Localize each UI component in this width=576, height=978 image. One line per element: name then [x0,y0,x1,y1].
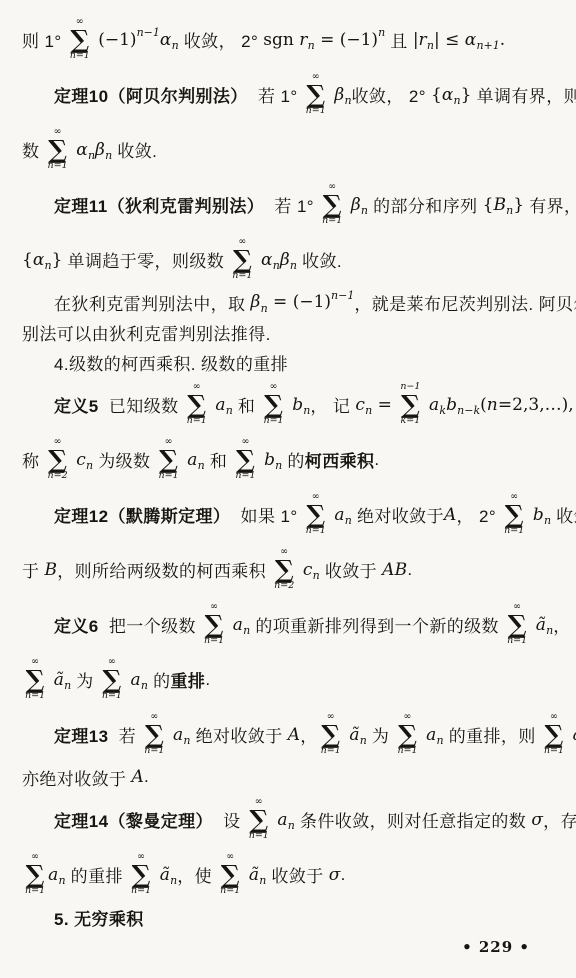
math-variable: a [272,810,288,830]
math-variable: c [355,395,365,415]
subscript: n [303,404,310,417]
document-page: 则 1° ∞∑n=1 (−1)n−1αn 收敛， 2° sgn rn = (−1… [0,0,576,966]
math-variable: b [287,395,304,415]
sum-lower-limit: n=1 [544,746,564,756]
sigma-glyph: ∑ [264,393,283,417]
text-line: 定义5 已知级数 ∞∑n=1 an 和 ∞∑n=1 bn， 记 cn = n−1… [22,377,560,432]
body-text: 为 [367,722,395,747]
sigma-glyph: ∑ [401,393,420,417]
subscript: n [544,514,551,527]
math-variable: σ [531,810,543,830]
body-text: 收敛 [551,502,576,527]
subscript: n [259,874,266,887]
math-variable: A [132,767,144,787]
body-text: 收敛. [297,247,342,272]
sum-lower-limit: n=1 [220,886,240,896]
sigma-glyph: ∑ [306,83,325,107]
text-line: 定理11（狄利克雷判别法） 若 1° ∞∑n=1 βn 的部分和序列 {Bn} … [22,177,560,232]
summation-symbol: ∞∑n=1 [48,127,68,172]
math-text: { [483,195,494,215]
subscript: n [290,259,297,272]
sigma-glyph: ∑ [221,863,240,887]
body-text: 若 1° [264,192,319,217]
summation-symbol: n−1∑k=1 [400,382,420,427]
subscript: n [226,404,233,417]
math-variable: r [419,30,427,50]
summation-symbol: ∞∑n=1 [102,657,122,702]
subscript: n [58,874,65,887]
math-variable: α [255,250,272,270]
summation-symbol: ∞∑n=1 [25,657,45,702]
subscript: n [344,94,351,107]
body-text: 的部分和序列 [368,192,483,217]
sum-lower-limit: n=1 [504,526,524,536]
math-variable: ã [530,615,546,635]
bold-text: 定理12（默腾斯定理） [54,502,230,527]
math-variable: b [527,505,544,525]
body-text: ， 称 [553,612,576,637]
summation-symbol: ∞∑n=1 [504,492,524,537]
body-text: 收敛， 2° [352,82,432,107]
math-variable: a [227,615,243,635]
math-text: { [22,250,33,270]
math-variable: c [71,450,86,470]
sigma-glyph: ∑ [48,448,67,472]
math-variable: α [442,85,454,105]
text-line: {αn} 单调趋于零，则级数 ∞∑n=1 αnβn 收敛. [22,232,560,287]
math-text: | ≤ [434,30,465,50]
bold-text: 定理10（阿贝尔判别法） [54,82,248,107]
text-line: 定理14（黎曼定理） 设 ∞∑n=1 an 条件收敛，则对任意指定的数 σ，存在 [22,792,560,847]
bold-text: 5. 无穷乘积 [54,905,144,930]
body-text: . [341,865,346,885]
summation-symbol: ∞∑n=1 [25,852,45,897]
math-variable: c [297,560,312,580]
subscript: n [261,302,268,315]
sigma-glyph: ∑ [26,668,45,692]
body-text: 和 [205,447,233,472]
body-text: 如果 1° [230,502,302,527]
subscript: n [275,459,282,472]
math-variable: B [45,560,58,580]
sigma-glyph: ∑ [205,613,224,637]
text-line: 亦绝对收敛于 A. [22,762,560,792]
math-variable: a [167,725,183,745]
body-text: 设 [213,807,246,832]
sigma-glyph: ∑ [323,193,342,217]
math-text: { [431,85,442,105]
body-text: ， 2° [456,502,501,527]
body-text: 则 1° [22,27,67,52]
subscript: n [454,94,461,107]
body-text: 于 [22,557,45,582]
sigma-glyph: ∑ [48,138,67,162]
math-variable: a [125,670,141,690]
body-text: 为 [71,667,99,692]
math-text: . [500,30,505,50]
subscript: n [170,874,177,887]
body-text: 亦绝对收敛于 [22,765,132,790]
body-text: 和 [233,392,261,417]
body-text: 在狄利克雷判别法中，取 [54,290,251,315]
body-text: ，就是莱布尼茨判别法. 阿贝尔判 [354,290,576,315]
sum-lower-limit: n=2 [48,471,68,481]
math-text: } [513,195,524,215]
math-variable: ã [344,725,360,745]
body-text: ， 记 [310,392,355,417]
text-line: 则 1° ∞∑n=1 (−1)n−1αn 收敛， 2° sgn rn = (−1… [22,12,560,67]
text-line: 定理10（阿贝尔判别法） 若 1° ∞∑n=1 βn收敛， 2° {αn} 单调… [22,67,560,122]
subscript: n [288,819,295,832]
math-variable: β [280,250,290,270]
summation-symbol: ∞∑n=1 [70,17,90,62]
math-variable: b [446,395,457,415]
body-text: 单调趋于零，则级数 [62,247,229,272]
sigma-glyph: ∑ [236,448,255,472]
summation-symbol: ∞∑n=1 [159,437,179,482]
bold-text: 定义6 [54,612,99,637]
summation-symbol: ∞∑n=1 [322,182,342,227]
sigma-glyph: ∑ [545,723,564,747]
sigma-glyph: ∑ [275,558,294,582]
summation-symbol: ∞∑n=1 [144,712,164,757]
summation-symbol: ∞∑n=1 [232,237,252,282]
subscript: n [86,459,93,472]
math-text: ( [480,395,487,415]
sum-lower-limit: n=1 [232,271,252,281]
subscript: n [546,624,553,637]
sum-lower-limit: n=1 [204,636,224,646]
body-text: 的重排 [66,862,128,887]
subscript: n [361,204,368,217]
summation-symbol: ∞∑n=1 [187,382,207,427]
body-text: 的重排，则 [444,722,541,747]
sum-lower-limit: n=2 [274,581,294,591]
body-text: 收敛于 [266,862,328,887]
math-variable: a [210,395,226,415]
sum-lower-limit: n=1 [263,416,283,426]
sigma-glyph: ∑ [249,808,268,832]
sum-lower-limit: n=1 [70,51,90,61]
math-variable: β [95,140,105,160]
sum-lower-limit: n=1 [48,161,68,171]
math-variable: α [33,250,45,270]
sum-lower-limit: n=1 [159,471,179,481]
math-variable: A [288,725,300,745]
math-variable: α [71,140,88,160]
summation-symbol: ∞∑n=1 [249,797,269,842]
math-variable: a [423,395,439,415]
math-text: = (−1) [315,30,378,50]
math-variable: σ [329,865,341,885]
math-variable: n [487,395,498,415]
subscript: n [105,149,112,162]
math-variable: ã [48,670,64,690]
subscript: n [172,39,179,52]
summation-symbol: ∞∑n=1 [235,437,255,482]
sigma-glyph: ∑ [187,393,206,417]
body-text: 称 [22,447,45,472]
summation-symbol: ∞∑n=2 [274,547,294,592]
math-text: (−1) [93,30,137,50]
summation-symbol: ∞∑n=1 [306,492,326,537]
text-line: 称 ∞∑n=2 cn 为级数 ∞∑n=1 an 和 ∞∑n=1 bn 的柯西乘积… [22,432,560,487]
math-variable: a [421,725,437,745]
body-text: ，存在 [543,807,576,832]
sum-lower-limit: n=1 [102,691,122,701]
body-text: . [144,767,149,787]
summation-symbol: ∞∑n=1 [204,602,224,647]
text-line: 定理12（默腾斯定理） 如果 1° ∞∑n=1 an 绝对收敛于A， 2° ∞∑… [22,487,560,542]
summation-symbol: ∞∑n=2 [48,437,68,482]
body-text: 绝对收敛于 [352,502,444,527]
summation-symbol: ∞∑n=1 [220,852,240,897]
sigma-glyph: ∑ [132,863,151,887]
bold-text: 定义5 [54,392,99,417]
subscript: n [273,259,280,272]
math-variable: β [345,195,361,215]
body-text: 有界， 2° [524,192,576,217]
sum-lower-limit: n=1 [25,886,45,896]
math-variable: ã [567,725,576,745]
page-number: • 229 • [22,934,560,966]
subscript: n [345,514,352,527]
subscript: n [437,734,444,747]
sum-lower-limit: n=1 [131,886,151,896]
subscript: n [64,679,71,692]
sum-lower-limit: n=1 [507,636,527,646]
text-line: 定理13 若 ∞∑n=1 an 绝对收敛于 A，∞∑n=1 ãn 为 ∞∑n=1… [22,707,560,762]
bold-text: 柯西乘积 [305,447,375,472]
sum-lower-limit: n=1 [321,746,341,756]
sigma-glyph: ∑ [26,863,45,887]
sigma-glyph: ∑ [321,723,340,747]
math-variable: a [48,865,58,885]
summation-symbol: ∞∑n=1 [397,712,417,757]
sum-lower-limit: n=1 [144,746,164,756]
bold-text: 定理13 [54,722,109,747]
subscript: n [360,734,367,747]
math-variable: ã [154,865,170,885]
body-text: ，则所给两级数的柯西乘积 [57,557,271,582]
sigma-glyph: ∑ [306,503,325,527]
math-text: sgn [263,30,299,50]
body-text: 的 [148,667,171,692]
math-variable: b [258,450,275,470]
body-text: . [374,450,379,470]
sigma-glyph: ∑ [398,723,417,747]
math-text: } [52,250,63,270]
sum-lower-limit: n=1 [249,831,269,841]
text-line: 5. 无穷乘积 [22,902,560,932]
sum-lower-limit: k=1 [400,416,420,426]
math-text: =2,3,…), [498,395,574,415]
sum-lower-limit: n=1 [322,216,342,226]
body-text: 收敛， 2° [179,27,264,52]
sigma-glyph: ∑ [505,503,524,527]
body-text: 收敛. [112,137,157,162]
math-variable: B [493,195,506,215]
subscript: n−k [457,404,480,417]
body-text: 为级数 [93,447,155,472]
body-text: 且 [385,27,413,52]
subscript: n [183,734,190,747]
body-text: ，使 [177,862,217,887]
math-variable: a [182,450,198,470]
body-text: 已知级数 [99,392,184,417]
body-text: 的 [282,447,305,472]
math-text: = (−1) [268,292,331,312]
summation-symbol: ∞∑n=1 [131,852,151,897]
superscript: n [378,26,385,39]
subscript: n [506,204,513,217]
page-body: 则 1° ∞∑n=1 (−1)n−1αn 收敛， 2° sgn rn = (−1… [22,12,560,934]
math-variable: A [444,505,456,525]
bold-text: 重排 [171,667,206,692]
subscript: n [308,39,315,52]
math-variable: AB [382,560,407,580]
text-line: 于 B，则所给两级数的柯西乘积 ∞∑n=2 cn 收敛于 AB. [22,542,560,597]
summation-symbol: ∞∑n=1 [507,602,527,647]
math-variable: ã [243,865,259,885]
body-text: 收敛于 [320,557,382,582]
body-text: 若 1° [248,82,303,107]
body-text: 条件收敛，则对任意指定的数 [295,807,531,832]
bold-text: 定理11（狄利克雷判别法） [54,192,264,217]
text-line: 别法可以由狄利克雷判别法推得. [22,317,560,347]
body-text: 的项重新排列得到一个新的级数 [250,612,504,637]
sum-lower-limit: n=1 [306,106,326,116]
body-text: 数 [22,137,45,162]
text-line: ∞∑n=1an 的重排 ∞∑n=1 ãn，使 ∞∑n=1 ãn 收敛于 σ. [22,847,560,902]
math-text: } [461,85,472,105]
subscript: n [313,569,320,582]
bold-text: 定理14（黎曼定理） [54,807,213,832]
summation-symbol: ∞∑n=1 [321,712,341,757]
sigma-glyph: ∑ [159,448,178,472]
body-text: . [407,560,412,580]
math-variable: β [329,85,345,105]
text-line: ∞∑n=1 ãn 为 ∞∑n=1 an 的重排. [22,652,560,707]
body-text: 单调有界，则级 [471,82,576,107]
summation-symbol: ∞∑n=1 [263,382,283,427]
sigma-glyph: ∑ [233,248,252,272]
subscript: n [427,39,434,52]
text-line: 4.级数的柯西乘积. 级数的重排 [22,347,560,377]
sum-lower-limit: n=1 [306,526,326,536]
text-line: 数 ∞∑n=1 αnβn 收敛. [22,122,560,177]
text-line: 定义6 把一个级数 ∞∑n=1 an 的项重新排列得到一个新的级数 ∞∑n=1 … [22,597,560,652]
sigma-glyph: ∑ [102,668,121,692]
sigma-glyph: ∑ [145,723,164,747]
sigma-glyph: ∑ [508,613,527,637]
text-line: 在狄利克雷判别法中，取 βn = (−1)n−1，就是莱布尼茨判别法. 阿贝尔判 [22,287,560,317]
subscript: n [365,404,372,417]
body-text: 若 [109,722,142,747]
body-text: 绝对收敛于 [190,722,287,747]
summation-symbol: ∞∑n=1 [544,712,564,757]
sum-lower-limit: n=1 [235,471,255,481]
summation-symbol: ∞∑n=1 [306,72,326,117]
subscript: n [243,624,250,637]
subscript: k [439,404,446,417]
body-text: 把一个级数 [99,612,201,637]
math-variable: r [299,30,307,50]
body-text: ， [300,722,317,747]
superscript: n−1 [331,289,354,302]
math-variable: a [329,505,345,525]
math-variable: α [465,30,477,50]
sum-lower-limit: n=1 [397,746,417,756]
superscript: n−1 [137,26,160,39]
math-text: = [372,395,397,415]
sum-lower-limit: n=1 [187,416,207,426]
sum-lower-limit: n=1 [25,691,45,701]
math-variable: β [251,292,261,312]
subscript: n [45,259,52,272]
math-variable: α [160,30,172,50]
body-text: 4.级数的柯西乘积. 级数的重排 [54,350,288,375]
sigma-glyph: ∑ [70,28,89,52]
subscript: n [88,149,95,162]
subscript: n+1 [476,39,499,52]
body-text: 别法可以由狄利克雷判别法推得. [22,320,271,345]
body-text: . [205,670,210,690]
subscript: n [141,679,148,692]
subscript: n [198,459,205,472]
